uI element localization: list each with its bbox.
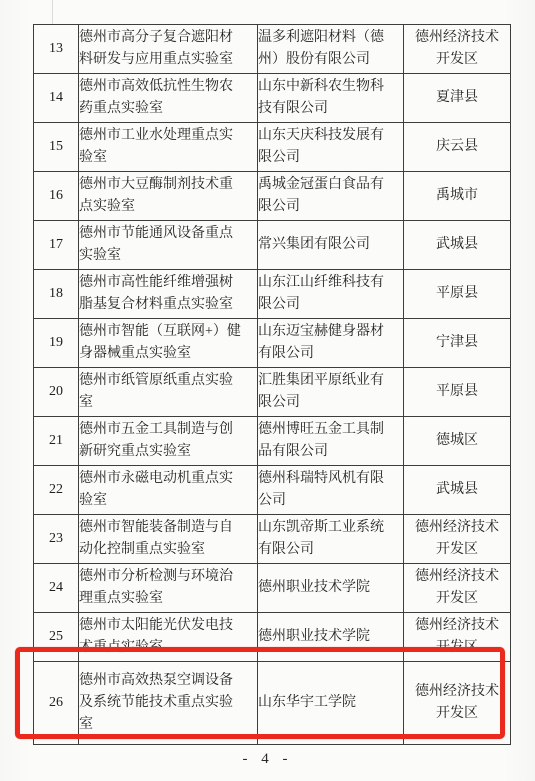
organization-cell: 山东迈宝赫健身器材 有限公司	[258, 319, 404, 368]
row-number-cell: 26	[34, 662, 79, 745]
row-number-cell: 23	[34, 515, 79, 564]
scanned-document-page: 13 德州市高分子复合遮阳材 料研发与应用重点实验室 温多利遮阳材料（德 州）股…	[0, 0, 535, 781]
organization-cell: 德州职业技术学院	[258, 564, 404, 613]
row-number-cell: 21	[34, 417, 79, 466]
table-row: 17 德州市节能通风设备重点 实验室 常兴集团有限公司 武城县	[34, 221, 511, 270]
row-number-cell: 19	[34, 319, 79, 368]
row-number-cell: 16	[34, 172, 79, 221]
lab-name-cell: 德州市工业水处理重点实 验室	[79, 123, 258, 172]
location-cell: 平原县	[404, 270, 511, 319]
table-row: 24 德州市分析检测与环境治 理重点实验室 德州职业技术学院 德州经济技术 开发…	[34, 564, 511, 613]
table-row: 21 德州市五金工具制造与创 新研究重点实验室 德州博旺五金工具制 品有限公司 …	[34, 417, 511, 466]
row-number-cell: 22	[34, 466, 79, 515]
lab-name-cell: 德州市太阳能光伏发电技 术重点实验室	[79, 613, 258, 662]
location-cell: 宁津县	[404, 319, 511, 368]
location-cell: 庆云县	[404, 123, 511, 172]
table-row: 25 德州市太阳能光伏发电技 术重点实验室 德州职业技术学院 德州经济技术 开发…	[34, 613, 511, 662]
table-row-highlighted: 26 德州市高效热泵空调设备 及系统节能技术重点实验 室 山东华宇工学院 德州经…	[34, 662, 511, 745]
table-row: 13 德州市高分子复合遮阳材 料研发与应用重点实验室 温多利遮阳材料（德 州）股…	[34, 25, 511, 74]
table-row: 19 德州市智能（互联网+）健 身器械重点实验室 山东迈宝赫健身器材 有限公司 …	[34, 319, 511, 368]
location-cell: 夏津县	[404, 74, 511, 123]
location-cell: 德州经济技术 开发区	[404, 25, 511, 74]
row-number-cell: 18	[34, 270, 79, 319]
key-laboratories-table: 13 德州市高分子复合遮阳材 料研发与应用重点实验室 温多利遮阳材料（德 州）股…	[33, 24, 511, 745]
location-cell: 德州经济技术 开发区	[404, 564, 511, 613]
location-cell: 武城县	[404, 466, 511, 515]
organization-cell: 山东凯帝斯工业系统 有限公司	[258, 515, 404, 564]
table-row: 18 德州市高性能纤维增强树 脂基复合材料重点实验室 山东江山纤维科技有 限公司…	[34, 270, 511, 319]
organization-cell: 山东天庆科技发展有 限公司	[258, 123, 404, 172]
location-cell: 德州经济技术 开发区	[404, 515, 511, 564]
location-cell: 禹城市	[404, 172, 511, 221]
organization-cell: 常兴集团有限公司	[258, 221, 404, 270]
organization-cell: 山东江山纤维科技有 限公司	[258, 270, 404, 319]
row-number-cell: 15	[34, 123, 79, 172]
location-cell: 德州经济技术 开发区	[404, 613, 511, 662]
lab-name-cell: 德州市五金工具制造与创 新研究重点实验室	[79, 417, 258, 466]
organization-cell: 山东中新科农生物科 技有限公司	[258, 74, 404, 123]
location-cell: 平原县	[404, 368, 511, 417]
table-row: 20 德州市纸管原纸重点实验 室 汇胜集团平原纸业有 限公司 平原县	[34, 368, 511, 417]
row-number-cell: 25	[34, 613, 79, 662]
organization-cell: 德州博旺五金工具制 品有限公司	[258, 417, 404, 466]
organization-cell: 德州职业技术学院	[258, 613, 404, 662]
lab-name-cell: 德州市智能（互联网+）健 身器械重点实验室	[79, 319, 258, 368]
row-number-cell: 24	[34, 564, 79, 613]
location-cell: 德城区	[404, 417, 511, 466]
scan-artifact-line	[52, 0, 53, 25]
table-row: 15 德州市工业水处理重点实 验室 山东天庆科技发展有 限公司 庆云县	[34, 123, 511, 172]
organization-cell: 德州科瑞特风机有限 公司	[258, 466, 404, 515]
location-cell: 德州经济技术 开发区	[404, 662, 511, 745]
lab-name-cell: 德州市智能装备制造与自 动化控制重点实验室	[79, 515, 258, 564]
lab-name-cell: 德州市大豆酶制剂技术重 点实验室	[79, 172, 258, 221]
table-row: 22 德州市永磁电动机重点实 验室 德州科瑞特风机有限 公司 武城县	[34, 466, 511, 515]
lab-name-cell: 德州市高分子复合遮阳材 料研发与应用重点实验室	[79, 25, 258, 74]
row-number-cell: 20	[34, 368, 79, 417]
lab-name-cell: 德州市纸管原纸重点实验 室	[79, 368, 258, 417]
lab-name-cell: 德州市永磁电动机重点实 验室	[79, 466, 258, 515]
organization-cell: 汇胜集团平原纸业有 限公司	[258, 368, 404, 417]
row-number-cell: 17	[34, 221, 79, 270]
row-number-cell: 14	[34, 74, 79, 123]
organization-cell: 温多利遮阳材料（德 州）股份有限公司	[258, 25, 404, 74]
organization-cell: 禹城金冠蛋白食品有 限公司	[258, 172, 404, 221]
location-cell: 武城县	[404, 221, 511, 270]
organization-cell: 山东华宇工学院	[258, 662, 404, 745]
table-row: 14 德州市高效低抗性生物农 药重点实验室 山东中新科农生物科 技有限公司 夏津…	[34, 74, 511, 123]
lab-name-cell: 德州市高效低抗性生物农 药重点实验室	[79, 74, 258, 123]
lab-name-cell: 德州市分析检测与环境治 理重点实验室	[79, 564, 258, 613]
table-row: 16 德州市大豆酶制剂技术重 点实验室 禹城金冠蛋白食品有 限公司 禹城市	[34, 172, 511, 221]
page-number: - 4 -	[0, 751, 535, 768]
lab-name-cell: 德州市高性能纤维增强树 脂基复合材料重点实验室	[79, 270, 258, 319]
table-row: 23 德州市智能装备制造与自 动化控制重点实验室 山东凯帝斯工业系统 有限公司 …	[34, 515, 511, 564]
lab-name-cell: 德州市节能通风设备重点 实验室	[79, 221, 258, 270]
row-number-cell: 13	[34, 25, 79, 74]
lab-name-cell: 德州市高效热泵空调设备 及系统节能技术重点实验 室	[79, 662, 258, 745]
